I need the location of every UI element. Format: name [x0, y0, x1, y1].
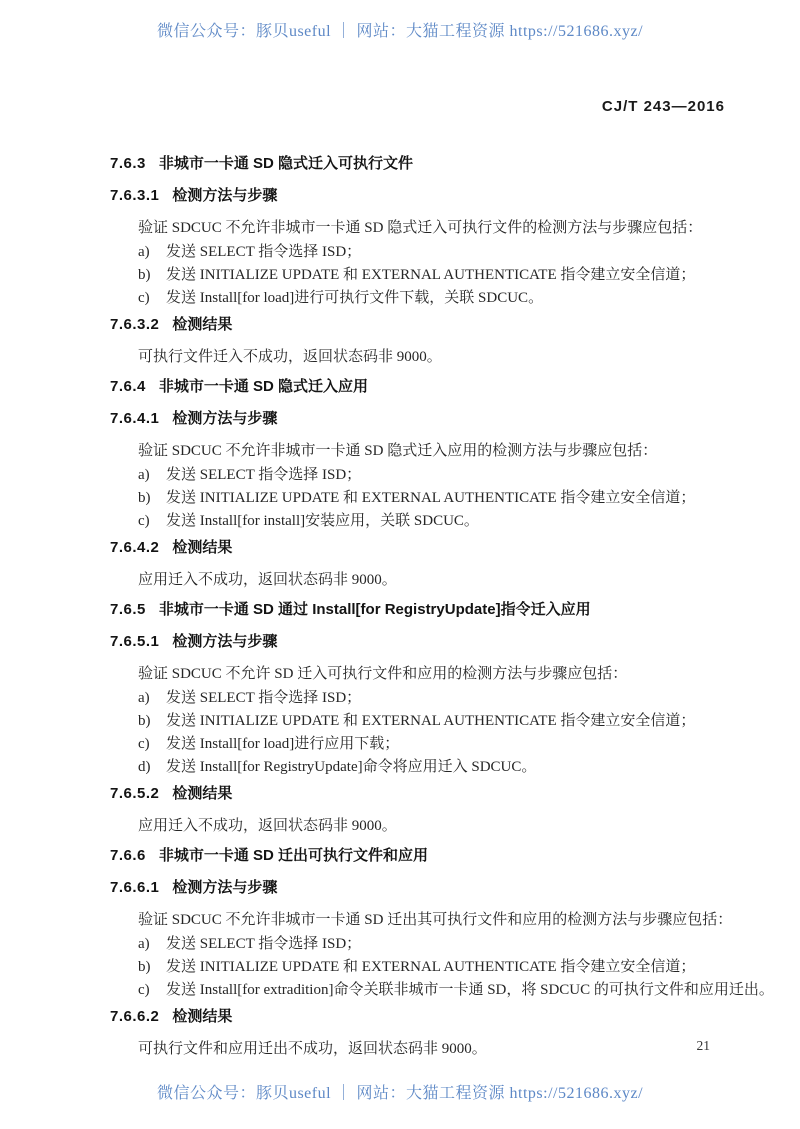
- list-item-text: 发送 Install[for install]安装应用，关联 SDCUC。: [166, 510, 479, 533]
- heading-title: 检测方法与步骤: [172, 633, 277, 650]
- list-item-label: a): [138, 933, 166, 956]
- list-item-text: 发送 SELECT 指令选择 ISD；: [166, 933, 361, 956]
- list-item: a)发送 SELECT 指令选择 ISD；: [110, 933, 728, 956]
- document-content: 7.6.3非城市一卡通 SD 隐式迁入可执行文件7.6.3.1检测方法与步骤验证…: [110, 146, 728, 1062]
- heading-number: 7.6.6.2: [110, 1008, 159, 1025]
- subsection-heading: 7.6.4.1检测方法与步骤: [110, 407, 728, 430]
- subsection-heading: 7.6.3.2检测结果: [110, 313, 728, 336]
- subsection-heading: 7.6.4.2检测结果: [110, 536, 728, 559]
- list-item-text: 发送 INITIALIZE UPDATE 和 EXTERNAL AUTHENTI…: [166, 264, 695, 287]
- heading-number: 7.6.5.2: [110, 785, 159, 802]
- subsection-heading: 7.6.6.1检测方法与步骤: [110, 876, 728, 899]
- heading-title: 非城市一卡通 SD 通过 Install[for RegistryUpdate]…: [159, 601, 591, 618]
- list-item-label: b): [138, 264, 166, 287]
- heading-number: 7.6.5: [110, 601, 146, 618]
- list-item-label: a): [138, 464, 166, 487]
- list-item: b)发送 INITIALIZE UPDATE 和 EXTERNAL AUTHEN…: [110, 264, 728, 287]
- heading-number: 7.6.5.1: [110, 633, 159, 650]
- heading-number: 7.6.6: [110, 847, 146, 864]
- list-item-text: 发送 SELECT 指令选择 ISD；: [166, 464, 361, 487]
- list-item: c)发送 Install[for extradition]命令关联非城市一卡通 …: [110, 979, 728, 1002]
- heading-title: 非城市一卡通 SD 隐式迁入应用: [159, 378, 368, 395]
- list-item: a)发送 SELECT 指令选择 ISD；: [110, 241, 728, 264]
- heading-title: 非城市一卡通 SD 迁出可执行文件和应用: [159, 847, 428, 864]
- list-item-label: b): [138, 710, 166, 733]
- paragraph: 应用迁入不成功，返回状态码非 9000。: [110, 815, 728, 838]
- doc-code-header: CJ/T 243—2016: [602, 98, 725, 115]
- watermark-bottom: 微信公众号：豚贝useful ｜ 网站：大猫工程资源 https://52168…: [0, 1080, 800, 1103]
- heading-title: 检测方法与步骤: [172, 187, 277, 204]
- subsection-heading: 7.6.5.2检测结果: [110, 782, 728, 805]
- list-item-text: 发送 SELECT 指令选择 ISD；: [166, 687, 361, 710]
- heading-title: 检测结果: [172, 1008, 232, 1025]
- list-item: c)发送 Install[for load]进行应用下载；: [110, 733, 728, 756]
- list-item: d)发送 Install[for RegistryUpdate]命令将应用迁入 …: [110, 756, 728, 779]
- list-item-text: 发送 Install[for load]进行可执行文件下载，关联 SDCUC。: [166, 287, 543, 310]
- paragraph: 应用迁入不成功，返回状态码非 9000。: [110, 569, 728, 592]
- subsection-heading: 7.6.5.1检测方法与步骤: [110, 630, 728, 653]
- list-item-text: 发送 Install[for load]进行应用下载；: [166, 733, 399, 756]
- list-item: b)发送 INITIALIZE UPDATE 和 EXTERNAL AUTHEN…: [110, 487, 728, 510]
- paragraph: 可执行文件迁入不成功，返回状态码非 9000。: [110, 346, 728, 369]
- paragraph: 验证 SDCUC 不允许非城市一卡通 SD 迁出其可执行文件和应用的检测方法与步…: [110, 909, 728, 932]
- list-item-label: c): [138, 733, 166, 756]
- list-item: b)发送 INITIALIZE UPDATE 和 EXTERNAL AUTHEN…: [110, 710, 728, 733]
- list-item-text: 发送 Install[for RegistryUpdate]命令将应用迁入 SD…: [166, 756, 536, 779]
- list-item-text: 发送 Install[for extradition]命令关联非城市一卡通 SD…: [166, 979, 774, 1002]
- list-item-label: c): [138, 979, 166, 1002]
- watermark-top: 微信公众号：豚贝useful ｜ 网站：大猫工程资源 https://52168…: [0, 18, 800, 41]
- heading-number: 7.6.3: [110, 155, 146, 172]
- list-item: c)发送 Install[for load]进行可执行文件下载，关联 SDCUC…: [110, 287, 728, 310]
- list-item-label: a): [138, 241, 166, 264]
- list-item-label: d): [138, 756, 166, 779]
- list-item: b)发送 INITIALIZE UPDATE 和 EXTERNAL AUTHEN…: [110, 956, 728, 979]
- heading-title: 检测结果: [172, 539, 232, 556]
- list-item-label: c): [138, 287, 166, 310]
- heading-number: 7.6.3.1: [110, 187, 159, 204]
- paragraph: 验证 SDCUC 不允许非城市一卡通 SD 隐式迁入可执行文件的检测方法与步骤应…: [110, 217, 728, 240]
- heading-number: 7.6.4.1: [110, 410, 159, 427]
- heading-number: 7.6.4.2: [110, 539, 159, 556]
- document-page: 微信公众号：豚贝useful ｜ 网站：大猫工程资源 https://52168…: [0, 0, 800, 1129]
- section-heading: 7.6.4非城市一卡通 SD 隐式迁入应用: [110, 375, 728, 398]
- list-item: c)发送 Install[for install]安装应用，关联 SDCUC。: [110, 510, 728, 533]
- heading-title: 检测结果: [172, 785, 232, 802]
- list-item-text: 发送 INITIALIZE UPDATE 和 EXTERNAL AUTHENTI…: [166, 710, 695, 733]
- subsection-heading: 7.6.3.1检测方法与步骤: [110, 184, 728, 207]
- list-item-text: 发送 INITIALIZE UPDATE 和 EXTERNAL AUTHENTI…: [166, 956, 695, 979]
- list-item-label: b): [138, 956, 166, 979]
- paragraph: 可执行文件和应用迁出不成功，返回状态码非 9000。: [110, 1038, 728, 1061]
- list-item-label: a): [138, 687, 166, 710]
- section-heading: 7.6.5非城市一卡通 SD 通过 Install[for RegistryUp…: [110, 598, 728, 621]
- list-item: a)发送 SELECT 指令选择 ISD；: [110, 687, 728, 710]
- heading-title: 检测方法与步骤: [172, 410, 277, 427]
- list-item-text: 发送 SELECT 指令选择 ISD；: [166, 241, 361, 264]
- subsection-heading: 7.6.6.2检测结果: [110, 1005, 728, 1028]
- list-item-text: 发送 INITIALIZE UPDATE 和 EXTERNAL AUTHENTI…: [166, 487, 695, 510]
- list-item: a)发送 SELECT 指令选择 ISD；: [110, 464, 728, 487]
- section-heading: 7.6.6非城市一卡通 SD 迁出可执行文件和应用: [110, 844, 728, 867]
- heading-number: 7.6.3.2: [110, 316, 159, 333]
- list-item-label: b): [138, 487, 166, 510]
- paragraph: 验证 SDCUC 不允许非城市一卡通 SD 隐式迁入应用的检测方法与步骤应包括：: [110, 440, 728, 463]
- list-item-label: c): [138, 510, 166, 533]
- heading-number: 7.6.4: [110, 378, 146, 395]
- heading-title: 非城市一卡通 SD 隐式迁入可执行文件: [159, 155, 413, 172]
- heading-title: 检测方法与步骤: [172, 879, 277, 896]
- heading-title: 检测结果: [172, 316, 232, 333]
- section-heading: 7.6.3非城市一卡通 SD 隐式迁入可执行文件: [110, 152, 728, 175]
- heading-number: 7.6.6.1: [110, 879, 159, 896]
- page-number: 21: [697, 1038, 711, 1054]
- paragraph: 验证 SDCUC 不允许 SD 迁入可执行文件和应用的检测方法与步骤应包括：: [110, 663, 728, 686]
